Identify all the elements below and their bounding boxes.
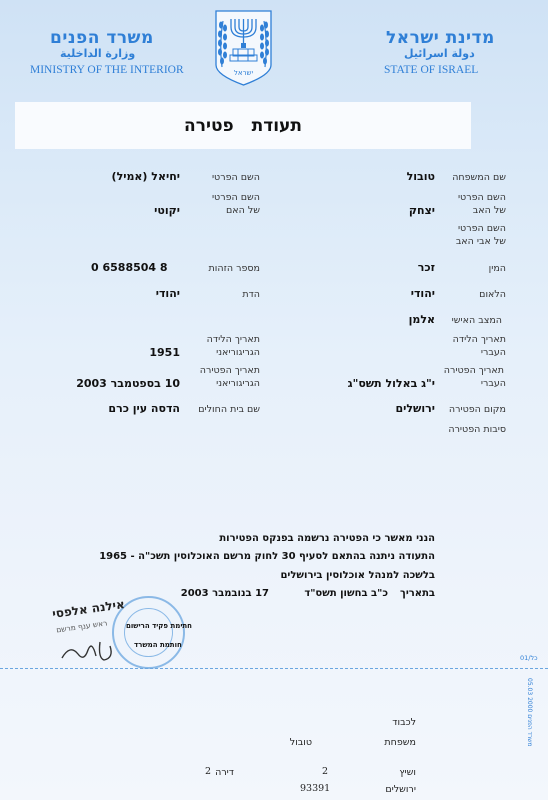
document-title: תעודת פטירה <box>15 102 471 149</box>
grandfather-name-label-2: של אבי האב <box>456 235 506 249</box>
family-name-label: שם המשפחה <box>452 171 506 185</box>
birth-gregorian-label-1: תאריך הלידה <box>207 333 260 347</box>
death-cause-label: סיבות הפטירה <box>448 423 506 437</box>
hospital-label: שם בית החולים <box>198 403 260 417</box>
father-name-value: יצחק <box>409 204 435 218</box>
birth-hebrew-label-1: תאריך הלידה <box>453 333 506 347</box>
birth-gregorian-value: 1951 <box>149 346 180 360</box>
certification-line-2: התעודה ניתנה בהתאם לסעיף 30 לחוק מרשם הא… <box>99 551 435 562</box>
birth-hebrew-label-2: העברי <box>481 346 506 360</box>
sex-label: המין <box>489 262 506 276</box>
first-name-label: השם הפרטי <box>212 171 260 185</box>
address-apartment-label: דירה <box>215 766 234 780</box>
death-gregorian-label-2: הגריגוריאני <box>216 377 260 391</box>
first-name-value: יחיאל (אמיל) <box>112 170 180 184</box>
office-stamp-label: חותמת המשרד <box>134 641 182 649</box>
marital-status-label: המצב האישי <box>452 314 502 328</box>
tear-line <box>0 668 548 669</box>
address-house-number: 2 <box>322 766 328 777</box>
nationality-value: יהודי <box>411 287 435 301</box>
address-city: ירושלים <box>385 783 416 797</box>
certification-date-hebrew: כ"ב בחשון תשס"ד <box>304 588 388 599</box>
mother-name-label-1: השם הפרטי <box>212 191 260 205</box>
death-place-label: מקום הפטירה <box>449 403 506 417</box>
state-of-israel-english: STATE OF ISRAEL <box>384 64 478 76</box>
handwritten-signature-icon <box>58 636 118 670</box>
death-hebrew-value: י"ג באלול תשס"ג <box>348 377 435 391</box>
side-print-code: משרד הפנים 2000 05.03 <box>526 678 533 747</box>
signatory-title: ראש ענף מרשם <box>56 618 108 634</box>
grandfather-name-label-1: השם הפרטי <box>458 222 506 236</box>
address-family-label: משפחת <box>384 736 416 750</box>
address-to-label: לכבוד <box>392 716 416 730</box>
nationality-label: הלאום <box>479 288 506 302</box>
id-number-value: 0 6588504 8 <box>91 261 168 275</box>
id-number-label: מספר הזהות <box>209 262 260 276</box>
certification-date-label: בתאריך <box>400 588 435 599</box>
certification-line-1: הנני מאשר כי הפטירה נרשמה בפנקס הפטירות <box>219 533 435 544</box>
ministry-english: MINISTRY OF THE INTERIOR <box>30 64 184 76</box>
religion-value: יהודי <box>156 287 180 301</box>
death-place-value: ירושלים <box>395 402 435 416</box>
ministry-hebrew: משרד הפנים <box>50 28 154 48</box>
state-of-israel-arabic: دولة اسرائيل <box>404 47 475 60</box>
address-zip: 93391 <box>300 783 330 794</box>
hospital-value: הדסה עין כרם <box>108 402 180 416</box>
marital-status-value: אלמן <box>409 313 435 327</box>
religion-label: הדת <box>242 288 260 302</box>
address-street: ושיץ <box>399 766 416 780</box>
certification-date-gregorian: 17 בנובמבר 2003 <box>181 588 269 599</box>
svg-text:ישראל: ישראל <box>234 69 254 77</box>
mother-name-value: יקוטי <box>154 204 180 218</box>
certification-line-3: בלשכה למנהל אוכלוסין בירושלים <box>280 570 435 581</box>
death-gregorian-value: 10 בספטמבר 2003 <box>76 377 180 391</box>
address-family-value: טובול <box>290 736 312 750</box>
family-name-value: טובול <box>407 170 435 184</box>
ministry-arabic: وزارة الداخلية <box>60 47 135 60</box>
state-of-israel-hebrew: מדינת ישראל <box>386 28 495 48</box>
sex-value: זכר <box>418 261 435 275</box>
address-apartment-value: 2 <box>205 766 211 777</box>
form-code: כל/01 <box>520 654 538 662</box>
menorah-emblem-icon: ישראל <box>213 9 274 86</box>
death-gregorian-label-1: תאריך הפטירה <box>200 364 260 378</box>
registrar-signature-label: חתימת פקיד הרישום <box>126 622 192 630</box>
father-name-label-2: של האב <box>473 204 506 218</box>
death-hebrew-label-1: תאריך הפטירה <box>444 364 504 378</box>
birth-gregorian-label-2: הגריגוריאני <box>216 346 260 360</box>
death-hebrew-label-2: העברי <box>481 377 506 391</box>
father-name-label-1: השם הפרטי <box>458 191 506 205</box>
mother-name-label-2: של האם <box>226 204 260 218</box>
